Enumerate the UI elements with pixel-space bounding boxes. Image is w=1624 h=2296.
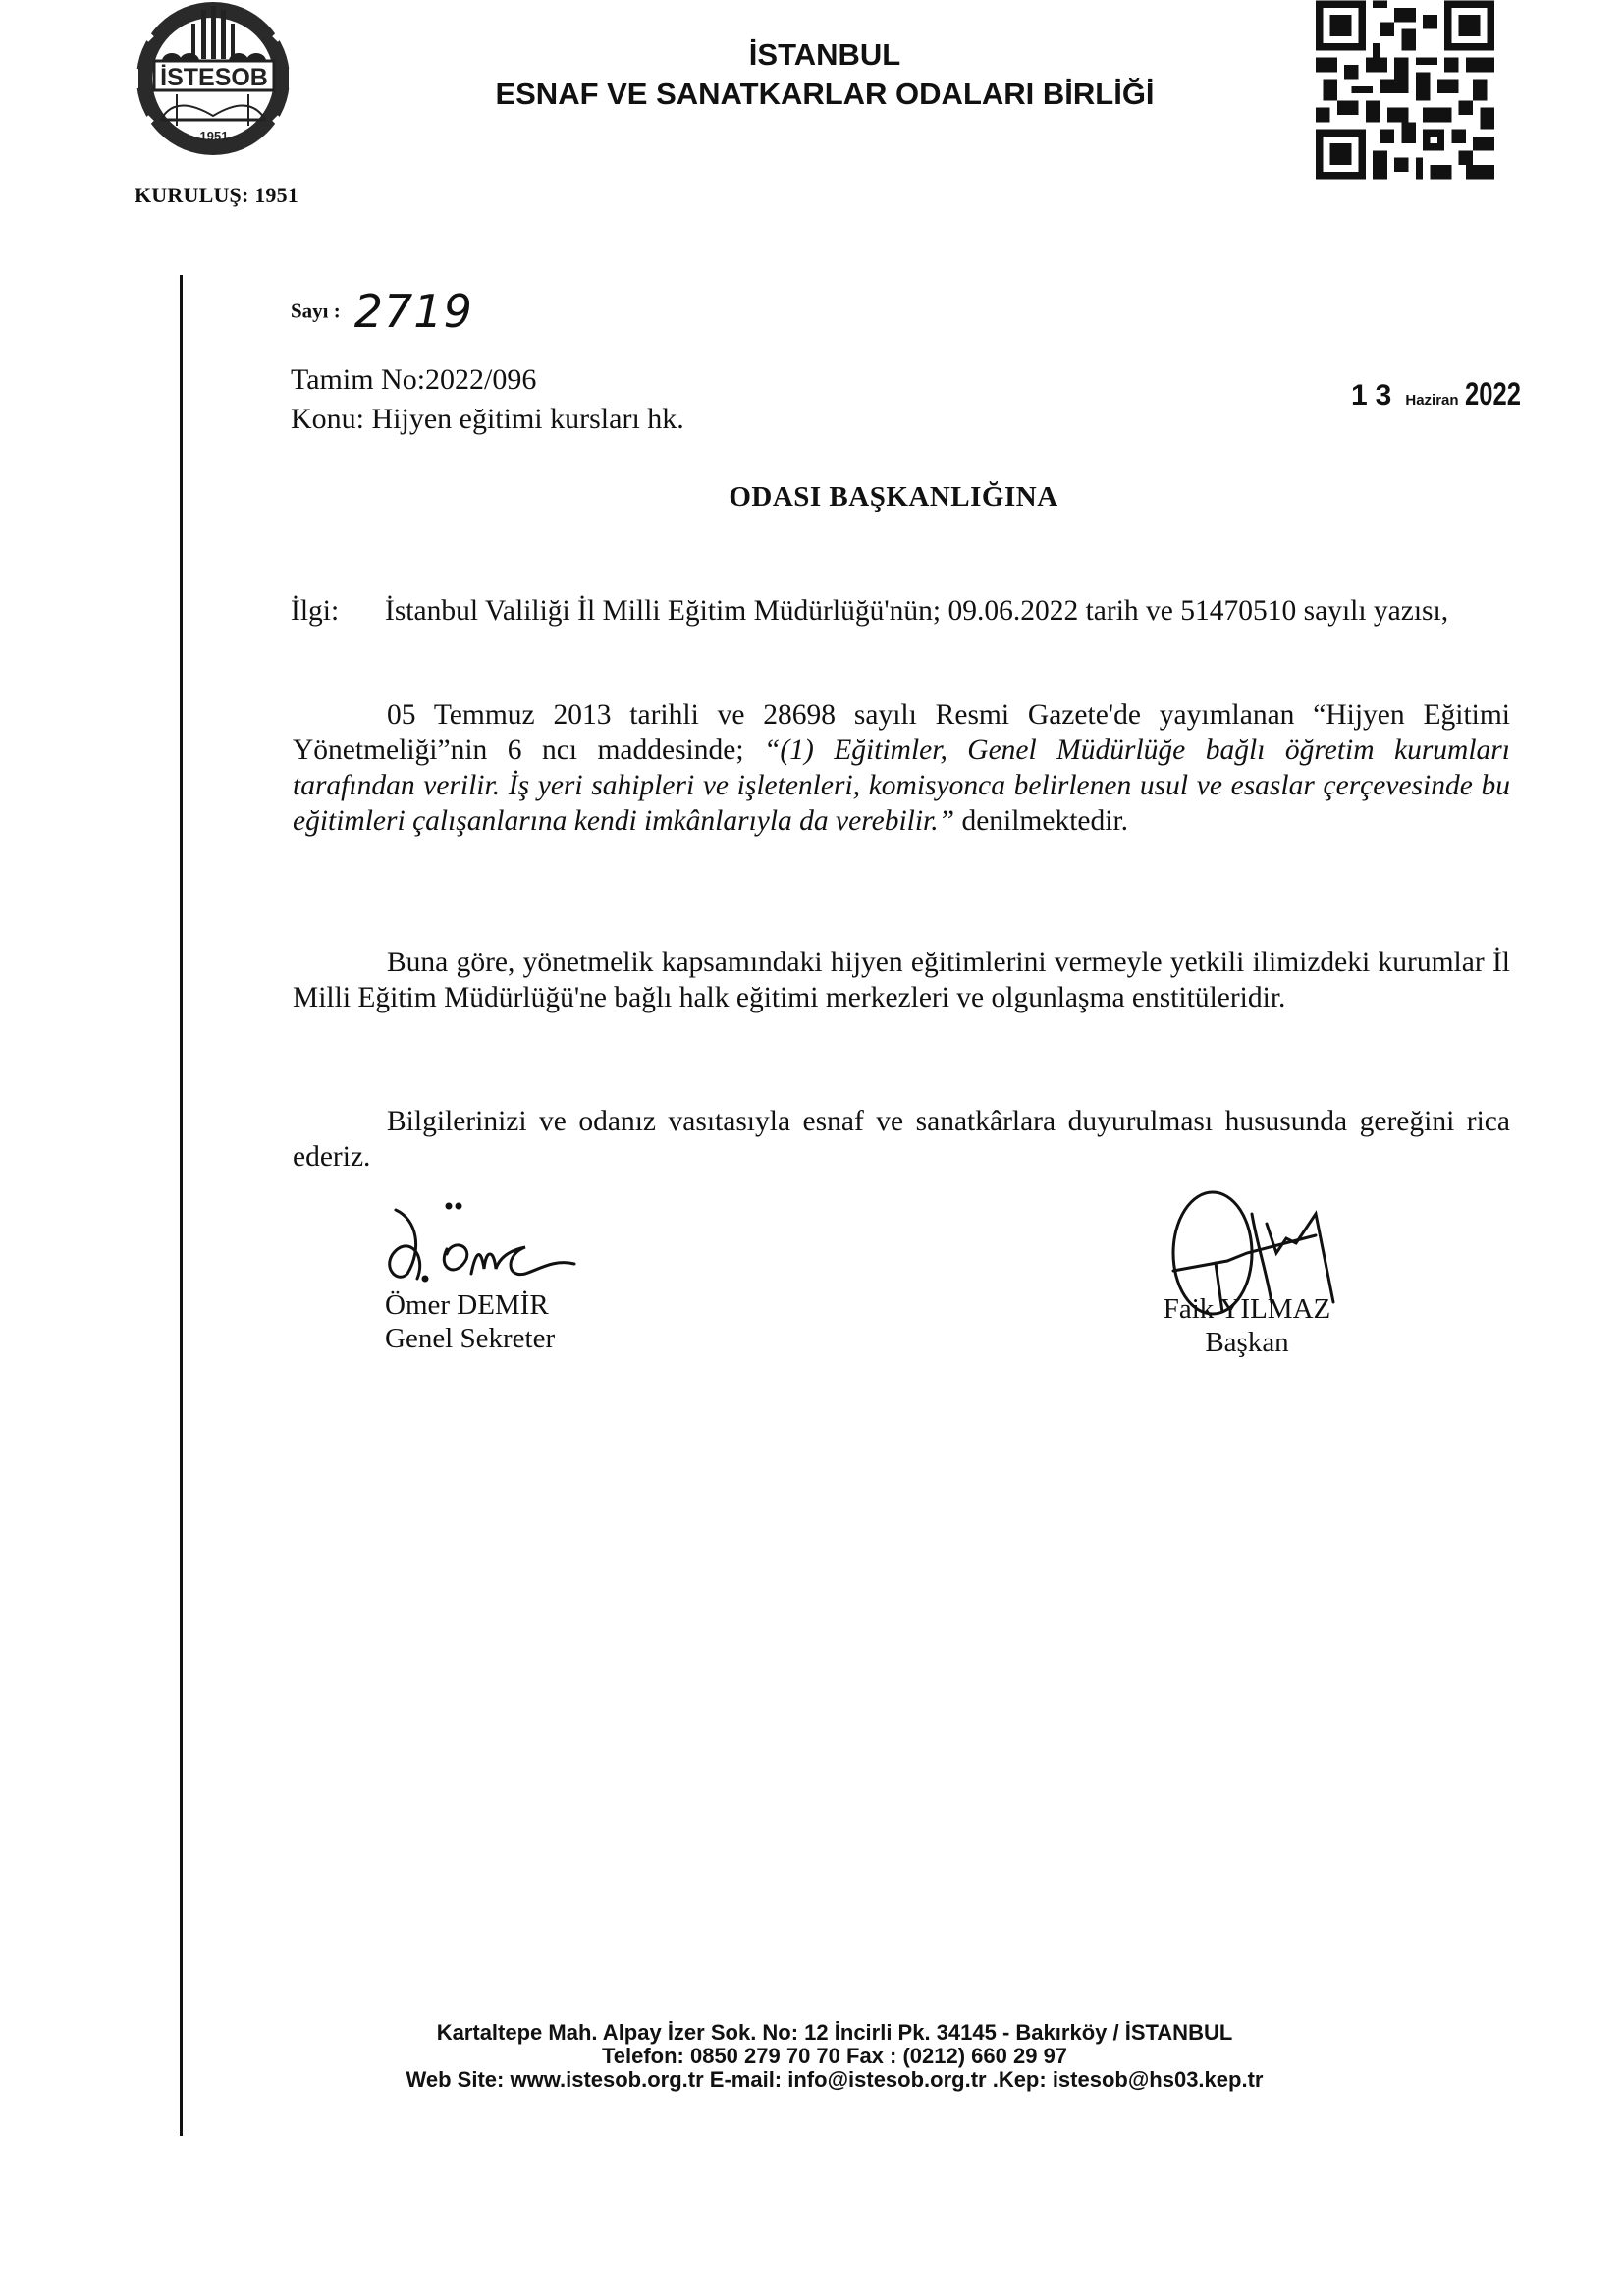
svg-text:1951: 1951 — [200, 129, 229, 143]
footer-web: Web Site: www.istesob.org.tr E-mail: inf… — [324, 2068, 1345, 2092]
svg-text:İSTESOB: İSTESOB — [160, 64, 268, 91]
addressee: ODASI BAŞKANLIĞINA — [295, 481, 1492, 514]
reference-text: İstanbul Valiliği İl Milli Eğitim Müdürl… — [385, 593, 1508, 629]
signatory-name: Faik YILMAZ — [1154, 1292, 1340, 1326]
qr-code-icon — [1316, 0, 1494, 180]
paragraph-authorized-institutions: Buna göre, yönetmelik kapsamındaki hijye… — [293, 945, 1510, 1015]
paragraph-text-end: denilmektedir. — [954, 805, 1128, 837]
signatory-title: Başkan — [1154, 1326, 1340, 1359]
org-title-line2: ESNAF VE SANATKARLAR ODALARI BİRLİĞİ — [295, 75, 1355, 114]
date-month: Haziran — [1405, 392, 1458, 409]
founded-year: KURULUŞ: 1951 — [135, 183, 298, 208]
footer-contact: Kartaltepe Mah. Alpay İzer Sok. No: 12 İ… — [324, 2021, 1345, 2092]
footer-phone: Telefon: 0850 279 70 70 Fax : (0212) 660… — [324, 2045, 1345, 2068]
paragraph-regulation: 05 Temmuz 2013 tarihli ve 28698 sayılı R… — [293, 697, 1510, 839]
margin-rule — [180, 275, 183, 2136]
istesob-logo: İSTESOB 1951 — [133, 0, 295, 157]
sayi-value: 2719 — [354, 285, 473, 338]
circular-info: Tamim No:2022/096 Konu: Hijyen eğitimi k… — [291, 360, 684, 439]
sayi-label: Sayı : — [291, 300, 341, 323]
paragraph-closing: Bilgilerinizi ve odanız vasıtasıyla esna… — [293, 1104, 1510, 1175]
reference-label: İlgi: — [291, 593, 339, 629]
signatory-name: Ömer DEMİR — [385, 1288, 555, 1322]
organization-title: İSTANBUL ESNAF VE SANATKARLAR ODALARI Bİ… — [295, 35, 1355, 114]
footer-address: Kartaltepe Mah. Alpay İzer Sok. No: 12 İ… — [324, 2021, 1345, 2045]
subject: Konu: Hijyen eğitimi kursları hk. — [291, 400, 684, 439]
signatory-title: Genel Sekreter — [385, 1322, 555, 1355]
org-title-line1: İSTANBUL — [295, 35, 1355, 75]
document-number: Sayı : 2719 — [291, 285, 473, 334]
date-day: 13 — [1351, 379, 1399, 411]
signatory-secretary: Ömer DEMİR Genel Sekreter — [385, 1288, 555, 1355]
date-stamp: 13Haziran2022 — [1351, 376, 1535, 412]
date-year: 2022 — [1465, 376, 1521, 412]
signatory-president: Faik YILMAZ Başkan — [1154, 1292, 1340, 1359]
circular-number: Tamim No:2022/096 — [291, 360, 684, 400]
signature-omer-demir — [378, 1200, 584, 1288]
